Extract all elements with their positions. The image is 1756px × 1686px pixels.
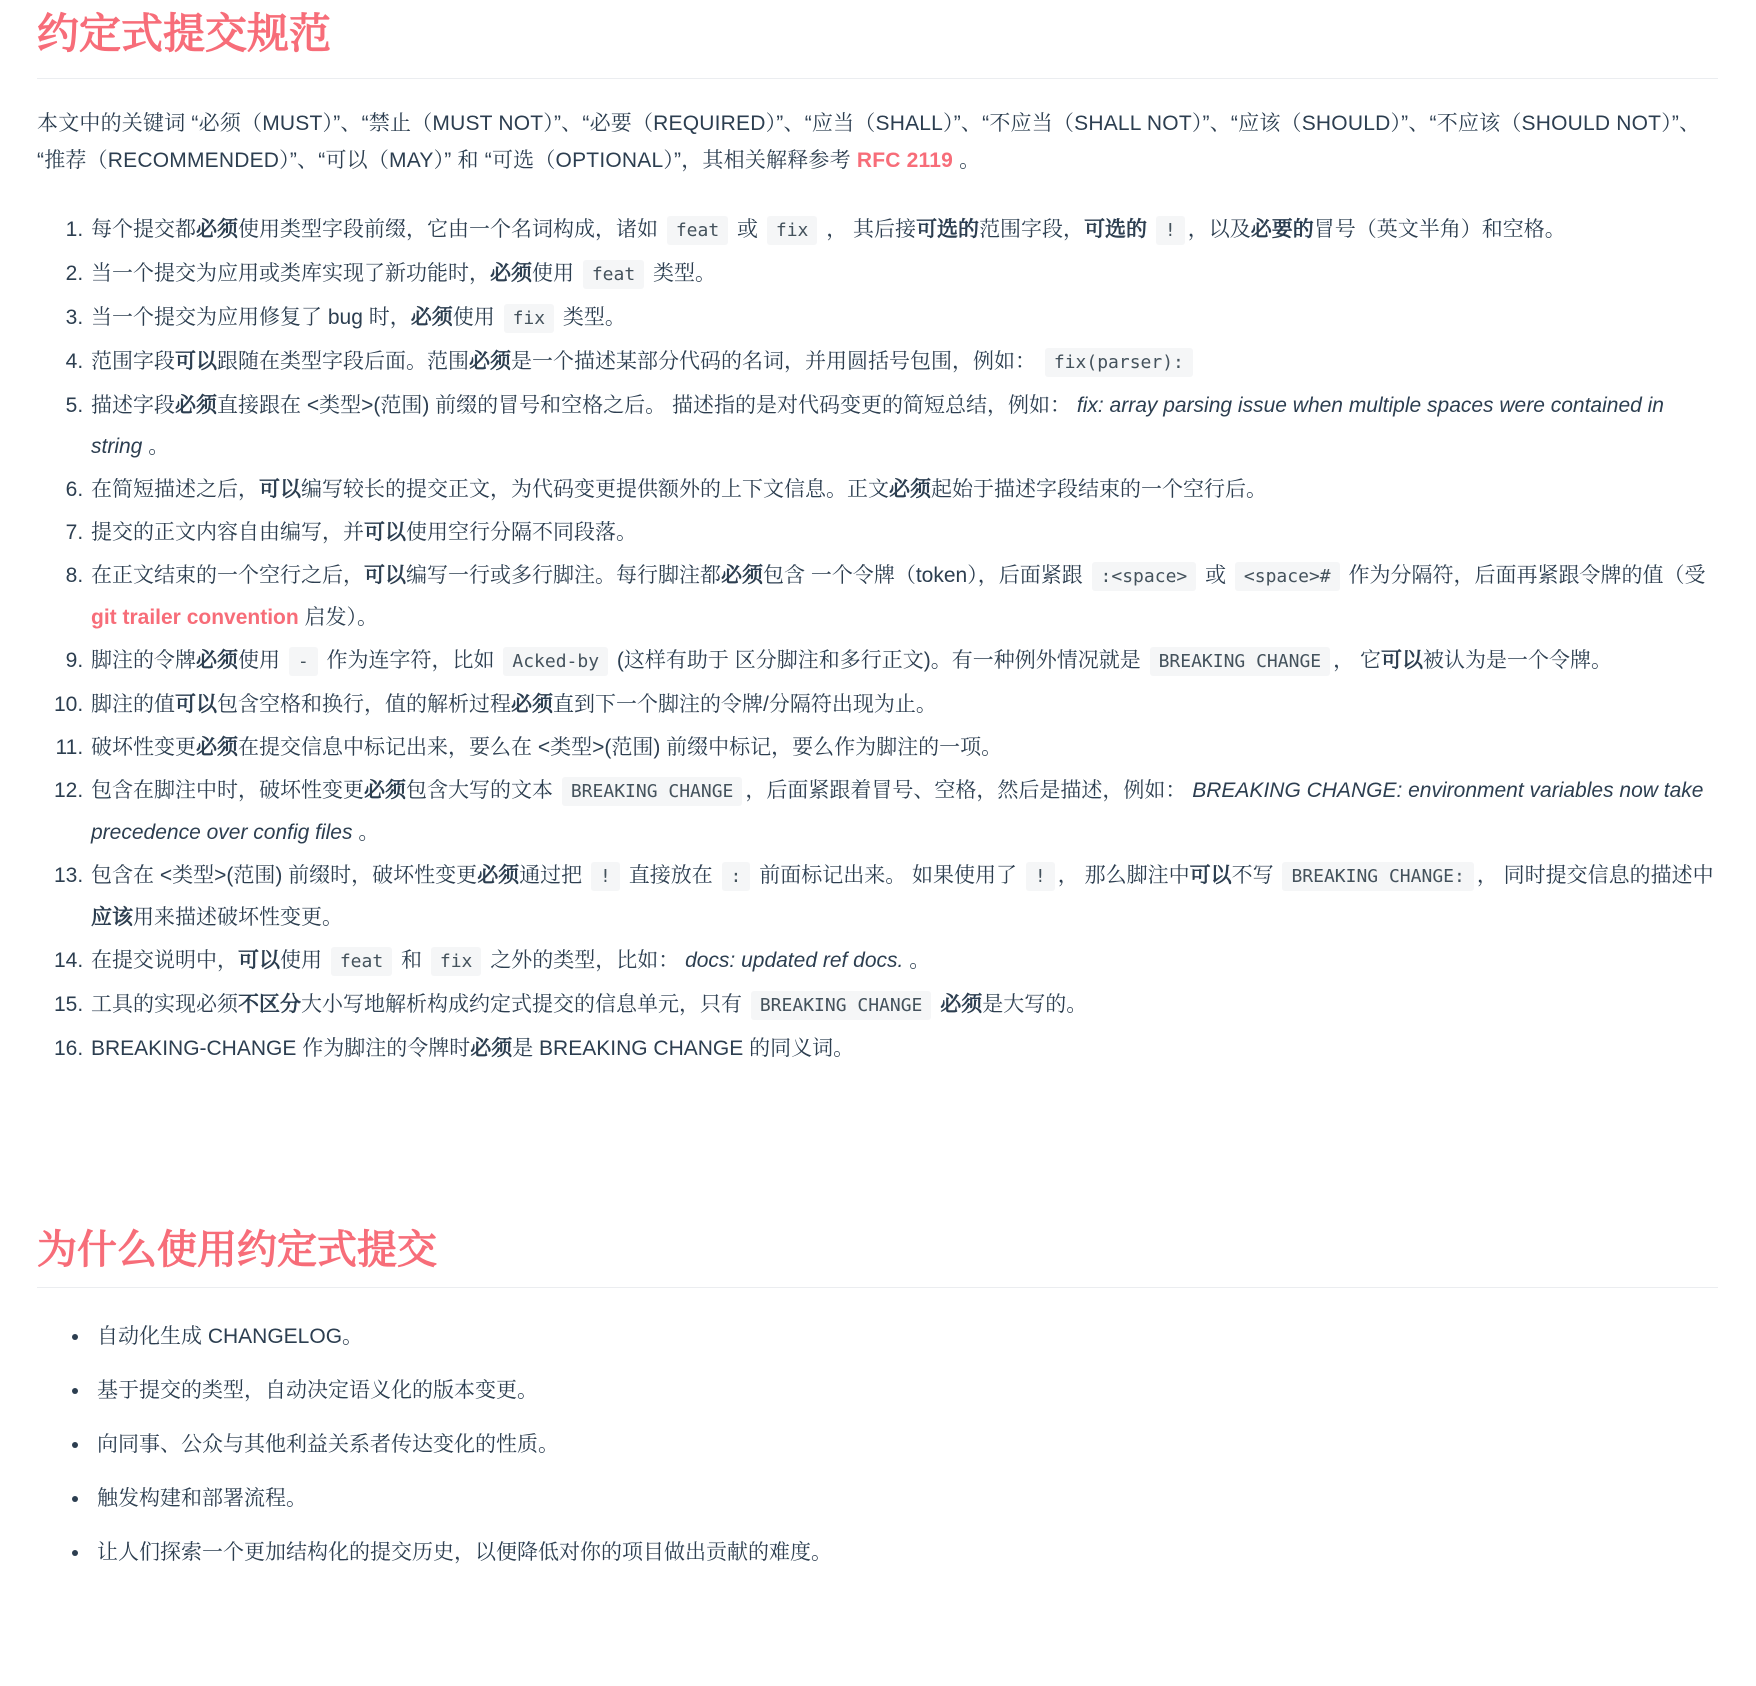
intro-paragraph: 本文中的关键词 “必须（MUST）”、“禁止（MUST NOT）”、“必要（RE… bbox=[37, 105, 1718, 179]
bold-keyword: 可以 bbox=[175, 350, 217, 373]
bold-keyword: 应该 bbox=[91, 906, 133, 929]
spec-item: 在提交说明中，可以使用 feat 和 fix 之外的类型，比如： docs: u… bbox=[89, 940, 1718, 982]
text-run: 范围字段， bbox=[979, 218, 1084, 241]
text-run: 脚注的令牌 bbox=[91, 649, 196, 672]
inline-code: BREAKING CHANGE bbox=[1150, 647, 1331, 676]
inline-code: <space># bbox=[1235, 562, 1340, 591]
text-run: 包含大写的文本 bbox=[406, 779, 559, 802]
spec-item: 当一个提交为应用或类库实现了新功能时，必须使用 feat 类型。 bbox=[89, 253, 1718, 295]
text-run: ， 同时提交信息的描述中 bbox=[1477, 864, 1714, 887]
inline-code: - bbox=[289, 647, 318, 676]
inline-code: fix bbox=[431, 947, 482, 976]
text-run: 包含 一个令牌（token），后面紧跟 bbox=[763, 564, 1089, 587]
text-run: 大小写地解析构成约定式提交的信息单元，只有 bbox=[301, 993, 748, 1016]
list-item: 基于提交的类型，自动决定语义化的版本变更。 bbox=[91, 1370, 1718, 1411]
text-run: 编写一行或多行脚注。每行脚注都 bbox=[406, 564, 721, 587]
inline-code: fix(parser): bbox=[1045, 348, 1193, 377]
bold-keyword: 可以 bbox=[364, 521, 406, 544]
text-run: 和 bbox=[395, 949, 428, 972]
text-run: 描述字段 bbox=[91, 394, 175, 417]
italic-example: docs: updated ref docs. bbox=[685, 949, 903, 972]
text-run: ， 那么脚注中 bbox=[1058, 864, 1190, 887]
section-title-why: 为什么使用约定式提交 bbox=[37, 1227, 1718, 1288]
text-run: 使用 bbox=[453, 306, 501, 329]
bold-keyword: 可以 bbox=[364, 564, 406, 587]
inline-code: feat bbox=[583, 260, 644, 289]
text-run: 。 bbox=[353, 821, 380, 844]
spec-item: 在简短描述之后，可以编写较长的提交正文，为代码变更提供额外的上下文信息。正文必须… bbox=[89, 469, 1718, 510]
text-run: 类型。 bbox=[557, 306, 626, 329]
text-run: 提交的正文内容自由编写，并 bbox=[91, 521, 364, 544]
spec-item: 当一个提交为应用修复了 bug 时，必须使用 fix 类型。 bbox=[89, 297, 1718, 339]
bold-keyword: 可选的 bbox=[916, 218, 979, 241]
text-run: 工具的实现必须 bbox=[91, 993, 238, 1016]
text-run: 是大写的。 bbox=[982, 993, 1087, 1016]
text-run: 用来描述破坏性变更。 bbox=[133, 906, 343, 929]
text-run: 当一个提交为应用修复了 bug 时， bbox=[91, 306, 411, 329]
bold-keyword: 可以 bbox=[175, 693, 217, 716]
inline-code: feat bbox=[331, 947, 392, 976]
inline-code: fix bbox=[504, 304, 555, 333]
bold-keyword: 可选的 bbox=[1084, 218, 1147, 241]
text-run: 跟随在类型字段后面。范围 bbox=[217, 350, 469, 373]
inline-code: ! bbox=[591, 862, 620, 891]
inline-code: BREAKING CHANGE bbox=[562, 777, 743, 806]
text-run: 直到下一个脚注的令牌/分隔符出现为止。 bbox=[553, 693, 937, 716]
text-link[interactable]: git trailer convention bbox=[91, 606, 299, 629]
text-run: 或 bbox=[731, 218, 764, 241]
spec-item: 包含在 <类型>(范围) 前缀时，破坏性变更必须通过把 ! 直接放在 : 前面标… bbox=[89, 855, 1718, 938]
text-run: 在正文结束的一个空行之后， bbox=[91, 564, 364, 587]
bold-keyword: 必须 bbox=[470, 1037, 512, 1060]
text-run: 包含空格和换行，值的解析过程 bbox=[217, 693, 511, 716]
bold-keyword: 必须 bbox=[721, 564, 763, 587]
text-run: ，后面紧跟着冒号、空格，然后是描述，例如： bbox=[745, 779, 1192, 802]
text-run: 或 bbox=[1199, 564, 1232, 587]
inline-code: : bbox=[722, 862, 751, 891]
text-run: 不写 bbox=[1232, 864, 1280, 887]
text-run: 在简短描述之后， bbox=[91, 478, 259, 501]
bold-keyword: 可以 bbox=[1381, 649, 1423, 672]
spec-item: 脚注的令牌必须使用 - 作为连字符，比如 Acked-by (这样有助于 区分脚… bbox=[89, 640, 1718, 682]
text-run: 使用空行分隔不同段落。 bbox=[406, 521, 637, 544]
inline-code: BREAKING CHANGE bbox=[751, 991, 932, 1020]
text-run: 前面标记出来。 如果使用了 bbox=[753, 864, 1023, 887]
text-run: 是 BREAKING CHANGE 的同义词。 bbox=[512, 1037, 854, 1060]
list-item: 让人们探索一个更加结构化的提交历史，以便降低对你的项目做出贡献的难度。 bbox=[91, 1532, 1718, 1573]
spec-item: 提交的正文内容自由编写，并可以使用空行分隔不同段落。 bbox=[89, 512, 1718, 553]
inline-code: :<space> bbox=[1092, 562, 1197, 591]
text-run: 起始于描述字段结束的一个空行后。 bbox=[931, 478, 1267, 501]
list-item: 触发构建和部署流程。 bbox=[91, 1478, 1718, 1519]
spec-item: 每个提交都必须使用类型字段前缀，它由一个名词构成，诸如 feat 或 fix ，… bbox=[89, 209, 1718, 251]
bold-keyword: 必须 bbox=[175, 394, 217, 417]
text-run: 类型。 bbox=[647, 262, 716, 285]
inline-code: feat bbox=[667, 216, 728, 245]
bold-keyword: 必须 bbox=[364, 779, 406, 802]
bold-keyword: 必须 bbox=[196, 649, 238, 672]
text-run: 使用类型字段前缀，它由一个名词构成，诸如 bbox=[238, 218, 664, 241]
inline-code: ! bbox=[1026, 862, 1055, 891]
text-run: 使用 bbox=[532, 262, 580, 285]
inline-code: ! bbox=[1156, 216, 1185, 245]
list-item: 向同事、公众与其他利益关系者传达变化的性质。 bbox=[91, 1424, 1718, 1465]
spec-item: 在正文结束的一个空行之后，可以编写一行或多行脚注。每行脚注都必须包含 一个令牌（… bbox=[89, 555, 1718, 638]
text-run: 破坏性变更 bbox=[91, 736, 196, 759]
text-run: 作为连字符，比如 bbox=[321, 649, 501, 672]
spec-item: 脚注的值可以包含空格和换行，值的解析过程必须直到下一个脚注的令牌/分隔符出现为止… bbox=[89, 684, 1718, 725]
text-run: 是一个描述某部分代码的名词，并用圆括号包围，例如： bbox=[511, 350, 1042, 373]
text-run: 使用 bbox=[238, 649, 286, 672]
text-run: 范围字段 bbox=[91, 350, 175, 373]
text-run: 冒号（英文半角）和空格。 bbox=[1314, 218, 1566, 241]
spec-item: 破坏性变更必须在提交信息中标记出来，要么在 <类型>(范围) 前缀中标记，要么作… bbox=[89, 727, 1718, 768]
inline-code: Acked-by bbox=[503, 647, 608, 676]
spec-item: 包含在脚注中时，破坏性变更必须包含大写的文本 BREAKING CHANGE，后… bbox=[89, 770, 1718, 853]
spec-item: 描述字段必须直接跟在 <类型>(范围) 前缀的冒号和空格之后。 描述指的是对代码… bbox=[89, 385, 1718, 467]
text-run: (这样有助于 区分脚注和多行正文)。有一种例外情况就是 bbox=[611, 649, 1147, 672]
inline-code: fix bbox=[767, 216, 818, 245]
spec-list: 每个提交都必须使用类型字段前缀，它由一个名词构成，诸如 feat 或 fix ，… bbox=[37, 209, 1718, 1069]
text-run: 包含在脚注中时，破坏性变更 bbox=[91, 779, 364, 802]
text-run: 作为分隔符，后面再紧跟令牌的值（受 bbox=[1343, 564, 1706, 587]
inline-code: BREAKING CHANGE: bbox=[1282, 862, 1473, 891]
text-run: 。 bbox=[953, 149, 980, 172]
bold-keyword: 必要的 bbox=[1251, 218, 1314, 241]
text-run: 直接跟在 <类型>(范围) 前缀的冒号和空格之后。 描述指的是对代码变更的简短总… bbox=[217, 394, 1077, 417]
text-run: 当一个提交为应用或类库实现了新功能时， bbox=[91, 262, 490, 285]
text-run: 在提交信息中标记出来，要么在 <类型>(范围) 前缀中标记，要么作为脚注的一项。 bbox=[238, 736, 1002, 759]
text-run: 。 bbox=[142, 435, 169, 458]
text-run: 使用 bbox=[280, 949, 328, 972]
bold-keyword: 可以 bbox=[1190, 864, 1232, 887]
text-run: 。 bbox=[903, 949, 930, 972]
bold-keyword: 必须 bbox=[469, 350, 511, 373]
spec-item: 范围字段可以跟随在类型字段后面。范围必须是一个描述某部分代码的名词，并用圆括号包… bbox=[89, 341, 1718, 383]
list-item: 自动化生成 CHANGELOG。 bbox=[91, 1316, 1718, 1357]
text-run: 每个提交都 bbox=[91, 218, 196, 241]
text-run: BREAKING-CHANGE 作为脚注的令牌时 bbox=[91, 1037, 470, 1060]
text-run: ，以及 bbox=[1188, 218, 1251, 241]
spec-item: 工具的实现必须不区分大小写地解析构成约定式提交的信息单元，只有 BREAKING… bbox=[89, 984, 1718, 1026]
bold-keyword: 必须 bbox=[940, 993, 982, 1016]
text-run: 启发）。 bbox=[299, 606, 378, 629]
text-run: 之外的类型，比如： bbox=[484, 949, 685, 972]
bold-keyword: 必须 bbox=[411, 306, 453, 329]
page-title: 约定式提交规范 bbox=[37, 10, 1718, 79]
bold-keyword: 不区分 bbox=[238, 993, 301, 1016]
text-run bbox=[1147, 218, 1153, 241]
spec-item: BREAKING-CHANGE 作为脚注的令牌时必须是 BREAKING CHA… bbox=[89, 1028, 1718, 1069]
bold-keyword: 可以 bbox=[238, 949, 280, 972]
text-run: ， 它 bbox=[1333, 649, 1381, 672]
text-run: 被认为是一个令牌。 bbox=[1423, 649, 1612, 672]
document: 约定式提交规范 本文中的关键词 “必须（MUST）”、“禁止（MUST NOT）… bbox=[0, 0, 1756, 1616]
text-run: ， 其后接 bbox=[820, 218, 916, 241]
text-run: 编写较长的提交正文，为代码变更提供额外的上下文信息。正文 bbox=[301, 478, 889, 501]
bold-keyword: 必须 bbox=[196, 736, 238, 759]
text-run: 通过把 bbox=[519, 864, 588, 887]
text-run: 脚注的值 bbox=[91, 693, 175, 716]
bold-keyword: 必须 bbox=[477, 864, 519, 887]
text-link[interactable]: RFC 2119 bbox=[857, 149, 953, 172]
bold-keyword: 必须 bbox=[889, 478, 931, 501]
bold-keyword: 必须 bbox=[511, 693, 553, 716]
benefits-list: 自动化生成 CHANGELOG。基于提交的类型，自动决定语义化的版本变更。向同事… bbox=[37, 1316, 1718, 1573]
text-run: 包含在 <类型>(范围) 前缀时，破坏性变更 bbox=[91, 864, 477, 887]
text-run: 直接放在 bbox=[623, 864, 719, 887]
bold-keyword: 必须 bbox=[196, 218, 238, 241]
bold-keyword: 必须 bbox=[490, 262, 532, 285]
bold-keyword: 可以 bbox=[259, 478, 301, 501]
text-run: 在提交说明中， bbox=[91, 949, 238, 972]
